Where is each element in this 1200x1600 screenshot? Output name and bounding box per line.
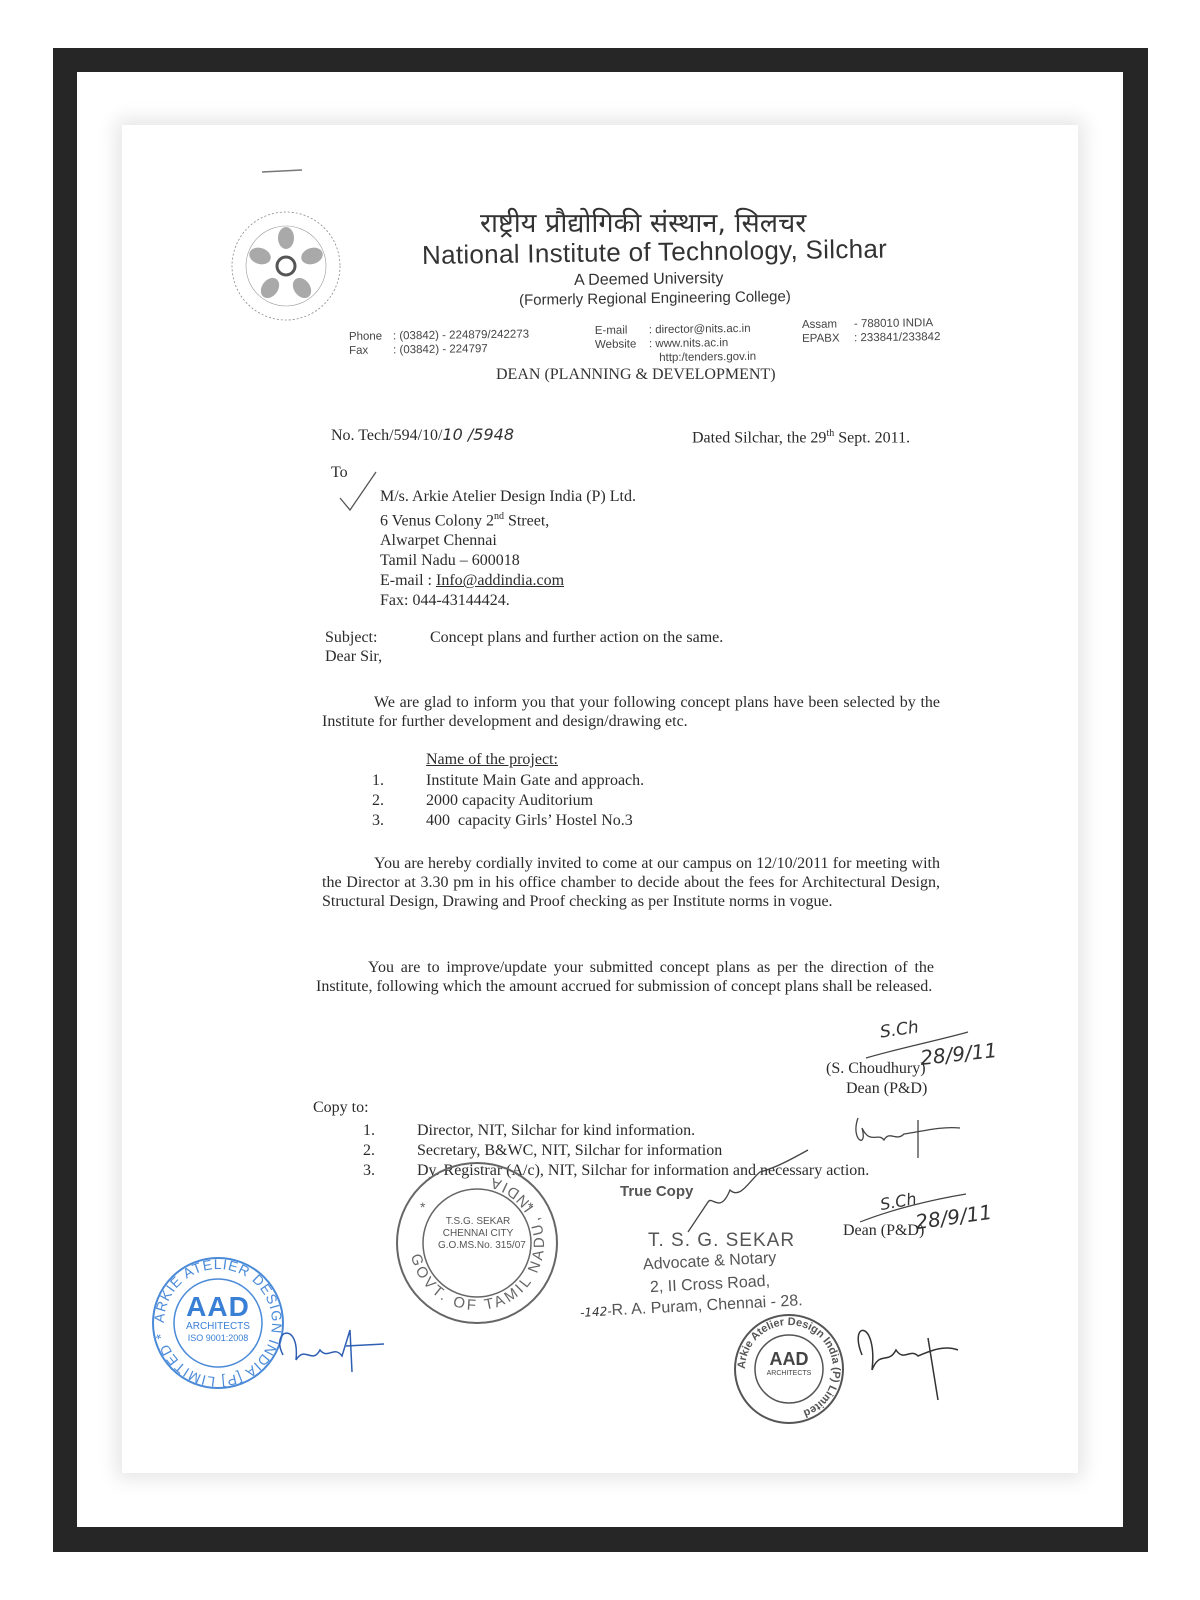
paragraph-improvement: You are to improve/update your submitted…: [316, 958, 934, 996]
copy-to-label: Copy to:: [313, 1099, 369, 1117]
recipient-email[interactable]: Info@addindia.com: [436, 572, 564, 589]
recipient-company: M/s. Arkie Atelier Design India (P) Ltd.: [380, 487, 636, 507]
checkmark-icon: [338, 468, 380, 514]
recipient-state-pin: Tamil Nadu – 600018: [380, 551, 636, 571]
website-label: Website: [595, 337, 649, 352]
address-epabx-block: Assam- 788010 INDIA EPABX: 233841/233842: [802, 316, 941, 346]
recipient-locality: Alwarpet Chennai: [380, 531, 636, 551]
company-stamp-blue: ARKIE ATELIER DESIGN INDIA [P] LIMITED *…: [150, 1255, 286, 1391]
svg-text:*: *: [420, 1199, 426, 1215]
list-item: 2.2000 capacity Auditorium: [372, 791, 644, 811]
recipient-email-line: E-mail : Info@addindia.com: [380, 571, 636, 591]
fax-label: Fax: [349, 343, 393, 358]
second-dean-label: Dean (P&D): [843, 1222, 924, 1240]
tenders-link[interactable]: http:/tenders.gov.in: [659, 351, 756, 364]
email-value[interactable]: : director@nits.ac.in: [649, 323, 751, 336]
state-value: - 788010 INDIA: [854, 317, 933, 330]
reference-number: No. Tech/594/10/10 /5948: [331, 425, 514, 445]
list-item: 2.Secretary, B&WC, NIT, Silchar for info…: [363, 1141, 869, 1161]
salutation: Dear Sir,: [325, 648, 382, 666]
notary-stamp: GOVT. OF TAMIL NADU, INDIA * * T.S.G. SE…: [394, 1160, 560, 1326]
grey-stamp-architects: ARCHITECTS: [759, 1369, 819, 1378]
svg-text:*: *: [528, 1199, 534, 1215]
notary-stamp-line2: CHENNAI CITY: [438, 1228, 518, 1240]
institute-subtitle: A Deemed University: [574, 270, 724, 290]
signatory-name: (S. Choudhury): [826, 1060, 926, 1078]
recipient-street: 6 Venus Colony 2nd Street,: [380, 507, 636, 531]
reference-printed: No. Tech/594/10/: [331, 427, 442, 444]
epabx-value: : 233841/233842: [854, 331, 941, 344]
email-website-block: E-mail: director@nits.ac.in Website: www…: [595, 322, 757, 366]
projects-heading: Name of the project:: [426, 751, 558, 769]
phone-value: : (03842) - 224879/242273: [393, 328, 529, 342]
website-value[interactable]: : www.nits.ac.in: [649, 337, 728, 350]
institute-emblem-icon: [228, 208, 344, 324]
list-item: 3.400 capacity Girls’ Hostel No.3: [372, 811, 644, 831]
state-label: Assam: [802, 317, 854, 332]
company-stamp-iso: ISO 9001:2008: [178, 1333, 258, 1344]
grey-stamp-logo: AAD: [759, 1349, 819, 1369]
subject-label: Subject:: [325, 629, 377, 647]
reference-handwritten: 10 /5948: [442, 425, 514, 444]
notary-stamp-line1: T.S.G. SEKAR: [438, 1216, 518, 1228]
list-item: 1.Institute Main Gate and approach.: [372, 771, 644, 791]
epabx-label: EPABX: [802, 331, 854, 346]
phone-label: Phone: [349, 329, 393, 344]
office-heading: DEAN (PLANNING & DEVELOPMENT): [496, 366, 776, 384]
recipient-fax: Fax: 044-43144424.: [380, 591, 636, 611]
email-label: E-mail: [595, 323, 649, 338]
paragraph-selection: We are glad to inform you that your foll…: [322, 693, 940, 731]
paragraph-invitation: You are hereby cordially invited to come…: [322, 854, 940, 911]
phone-fax-block: Phone: (03842) - 224879/242273 Fax: (038…: [349, 327, 530, 358]
subject-text: Concept plans and further action on the …: [430, 629, 723, 647]
company-stamp-architects: ARCHITECTS: [178, 1321, 258, 1333]
recipient-address: M/s. Arkie Atelier Design India (P) Ltd.…: [380, 487, 636, 611]
institute-name: National Institute of Technology, Silcha…: [422, 234, 888, 271]
list-item: 1.Director, NIT, Silchar for kind inform…: [363, 1121, 869, 1141]
company-logo-text: AAD: [178, 1293, 258, 1321]
fax-value: : (03842) - 224797: [393, 343, 488, 356]
true-copy-label: True Copy: [620, 1183, 693, 1200]
projects-list: 1.Institute Main Gate and approach. 2.20…: [372, 771, 644, 831]
notary-stamp-line3: G.O.MS.No. 315/07: [438, 1240, 518, 1252]
company-stamp-grey: Arkie Atelier Design India (P) Limited A…: [733, 1313, 845, 1425]
letter-date: Dated Silchar, the 29th Sept. 2011.: [692, 428, 910, 447]
signatory-designation: Dean (P&D): [846, 1080, 927, 1098]
